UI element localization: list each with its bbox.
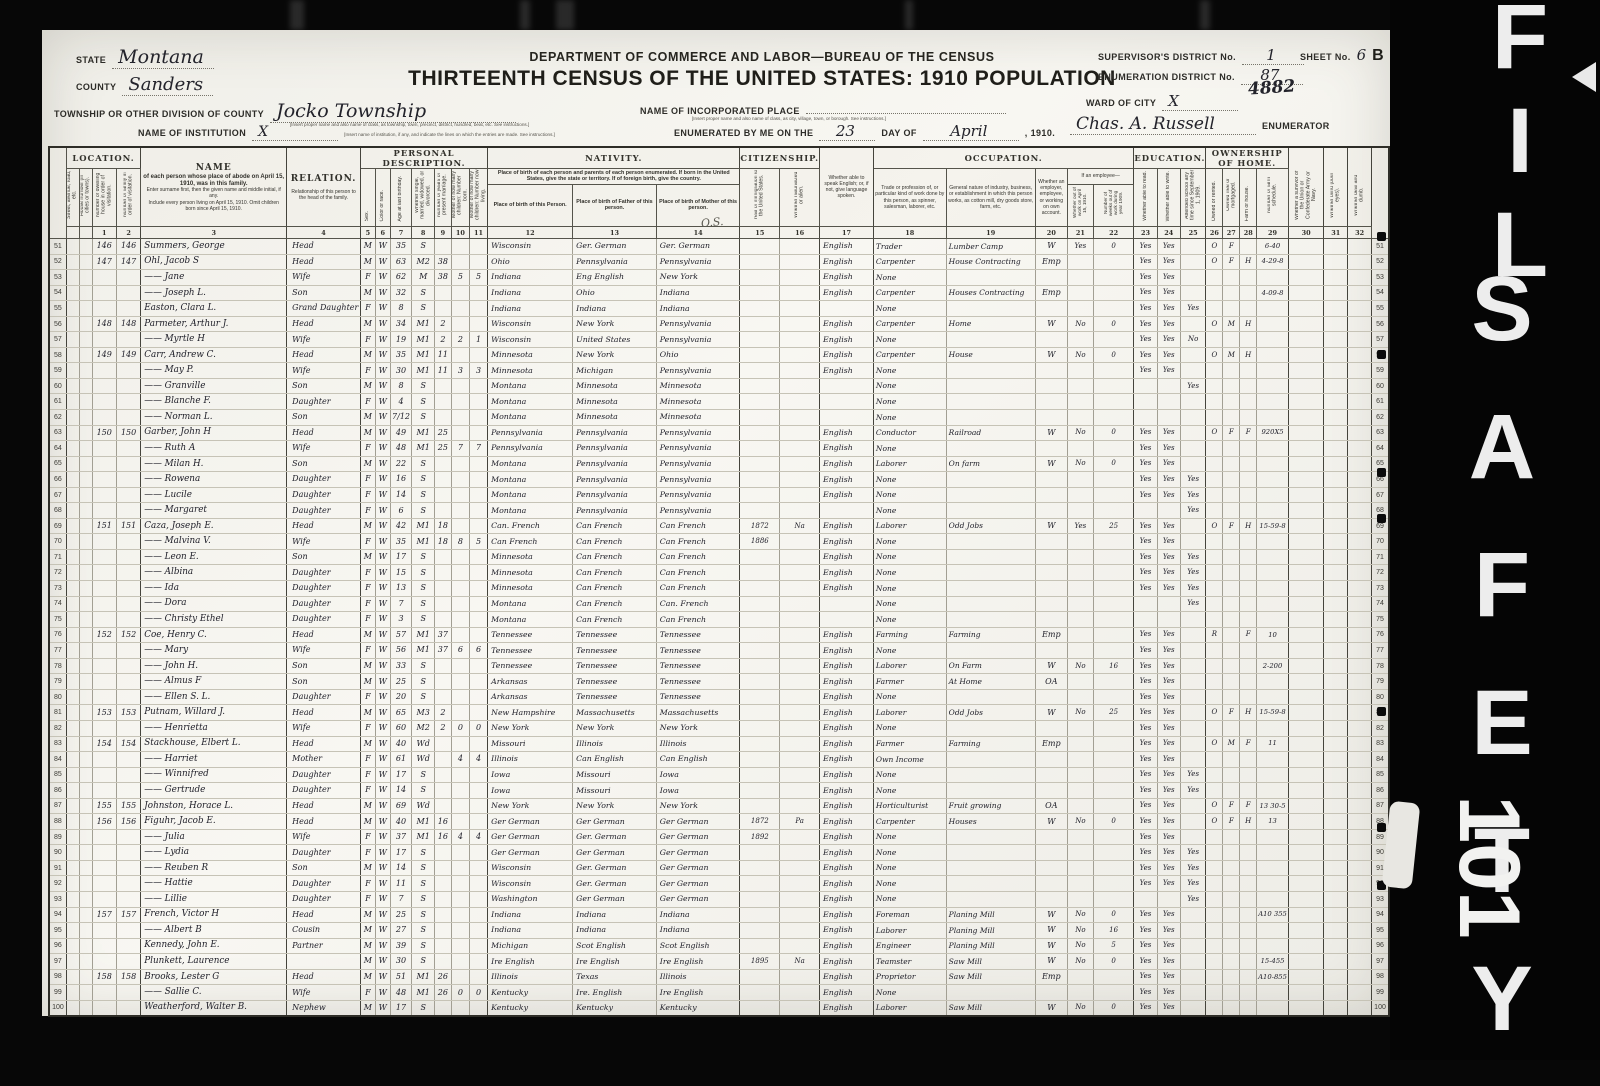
cell-school: Yes [1180,301,1206,317]
cell-father-birthplace: Pennsylvania [573,254,657,270]
cell-name: —— Reuben R [141,860,287,876]
cell-house-number [79,254,92,270]
cell-dwelling-number [92,876,116,892]
col-number: 10 [451,227,469,239]
cell-name: —— Milan H. [141,456,287,472]
cell-out-of-work: No [1067,705,1093,721]
cell-house-number [79,705,92,721]
cell-house-number [79,487,92,503]
cell-language: English [820,985,874,1001]
census-row: 82—— HenriettaWifeFW60M2200New YorkNew Y… [49,720,1389,736]
cell-home-owned-rented [1206,394,1223,410]
cell-father-birthplace: Can French [573,596,657,612]
cell-home-owned-rented [1206,907,1223,923]
cell-age: 65 [390,705,412,721]
cell-home-free-mortgaged: F [1223,814,1240,830]
cell-children-born [451,410,469,426]
cell-house-number [79,394,92,410]
cell-industry: Houses Contracting [946,285,1035,301]
cell-immigration-year [740,891,780,907]
cell-age: 27 [390,923,412,939]
cell-color: W [375,985,390,1001]
cell-farm-schedule [1257,829,1289,845]
cell-employer-status: W [1035,923,1067,939]
cell-sex: F [360,565,375,581]
cell-house-number [79,954,92,970]
cell-years-married: 37 [434,643,451,659]
line-number-right: 53 [1372,270,1389,286]
cell-write: Yes [1157,674,1180,690]
cell-father-birthplace: Pennsylvania [573,472,657,488]
cell-dwelling-number [92,503,116,519]
cell-father-birthplace: Tennessee [573,689,657,705]
cell-family-number [116,783,140,799]
line-number-right: 70 [1372,534,1389,550]
cell-marital-status: M1 [412,534,435,550]
cell-school [1180,736,1206,752]
cell-family-number [116,923,140,939]
cell-house-number [79,923,92,939]
cell-out-of-work [1067,270,1093,286]
cell-home-free-mortgaged [1223,472,1240,488]
cell-write: Yes [1157,736,1180,752]
cell-years-married [434,410,451,426]
cell-relation: Grand Daughter [287,301,361,317]
cell-home-owned-rented [1206,891,1223,907]
cell-street [66,394,79,410]
cell-family-number: 153 [116,705,140,721]
cell-industry [946,270,1035,286]
cell-dwelling-number: 148 [92,316,116,332]
cell-farm-or-house [1240,876,1257,892]
cell-father-birthplace: Can English [573,752,657,768]
cell-farm-schedule: 15-59-8 [1257,518,1289,534]
group-name: NAMEof each person whose place of abode … [141,147,287,227]
cell-read: Yes [1134,954,1157,970]
cell-children-born [451,503,469,519]
cell-veteran [1288,518,1323,534]
cell-birthplace: Minnesota [488,565,573,581]
cell-relation: Son [287,674,361,690]
cell-industry [946,565,1035,581]
cell-language: English [820,549,874,565]
cell-mother-birthplace: Ger German [656,829,740,845]
cell-birthplace: Indiana [488,923,573,939]
line-col-left [49,147,66,239]
cell-father-birthplace: Can French [573,534,657,550]
cell-children-living [469,254,487,270]
cell-school: Yes [1180,596,1206,612]
cell-write: Yes [1157,954,1180,970]
cell-read: Yes [1134,518,1157,534]
cell-house-number [79,596,92,612]
cell-farm-or-house: F [1240,627,1257,643]
cell-father-birthplace: New York [573,720,657,736]
cell-home-owned-rented [1206,612,1223,628]
cell-birthplace: Can. French [488,518,573,534]
cell-mother-birthplace: Ger German [656,814,740,830]
cell-color: W [375,472,390,488]
cell-name: Stackhouse, Elbert L. [141,736,287,752]
cell-family-number [116,332,140,348]
cell-weeks-out [1093,891,1134,907]
cell-veteran [1288,643,1323,659]
cell-family-number: 146 [116,239,140,255]
cell-name: Weatherford, Walter B. [141,1000,287,1016]
cell-mother-birthplace: Ger German [656,845,740,861]
cell-blind [1324,410,1348,426]
cell-mother-birthplace: Tennessee [656,674,740,690]
cell-blind [1324,736,1348,752]
cell-mother-birthplace: Indiana [656,907,740,923]
scan-streak [905,0,913,30]
cell-farm-or-house [1240,783,1257,799]
cell-street [66,969,79,985]
cell-relation: Wife [287,270,361,286]
cell-name: —— Norman L. [141,410,287,426]
cell-sex: F [360,596,375,612]
cell-age: 62 [390,270,412,286]
cell-weeks-out [1093,627,1134,643]
cell-street [66,363,79,379]
cell-house-number [79,612,92,628]
cell-house-number [79,969,92,985]
line-number-right: 59 [1372,363,1389,379]
census-row: 60—— GranvilleSonMW8SMontanaMinnesotaMin… [49,378,1389,394]
cell-name: Putnam, Willard J. [141,705,287,721]
cell-read [1134,503,1157,519]
cell-age: 8 [390,301,412,317]
cell-trade: Horticulturist [873,798,946,814]
cell-color: W [375,534,390,550]
cell-blind [1324,705,1348,721]
cell-father-birthplace: Ger. German [573,239,657,255]
cell-school [1180,814,1206,830]
cell-employer-status: W [1035,705,1067,721]
cell-father-birthplace: Can French [573,549,657,565]
cell-industry [946,301,1035,317]
cell-blind [1324,394,1348,410]
cell-write: Yes [1157,923,1180,939]
cell-read: Yes [1134,876,1157,892]
cell-children-born [451,876,469,892]
col-number: 14 [656,227,740,239]
cell-veteran [1288,736,1323,752]
cell-veteran [1288,456,1323,472]
census-row: 64—— Ruth AWifeFW48M12577PennsylvaniaPen… [49,441,1389,457]
cell-children-living: 4 [469,829,487,845]
cell-marital-status: S [412,596,435,612]
cell-years-married [434,783,451,799]
cell-veteran [1288,938,1323,954]
cell-trade: None [873,503,946,519]
cell-children-born [451,581,469,597]
census-row: 75—— Christy EthelDaughterFW3SMontanaCan… [49,612,1389,628]
cell-name: —— Gertrude [141,783,287,799]
cell-immigration-year [740,410,780,426]
cell-relation: Mother [287,752,361,768]
cell-house-number [79,720,92,736]
cell-house-number [79,938,92,954]
line-number: 62 [49,410,66,426]
cell-color: W [375,487,390,503]
cell-school [1180,394,1206,410]
line-number: 67 [49,487,66,503]
cell-deaf [1348,689,1372,705]
cell-children-born: 3 [451,363,469,379]
census-row: 77—— MaryWifeFW56M13766TennesseeTennesse… [49,643,1389,659]
cell-out-of-work [1067,845,1093,861]
cell-language: English [820,720,874,736]
cell-read: Yes [1134,581,1157,597]
cell-farm-schedule: 4-29-8 [1257,254,1289,270]
cell-write: Yes [1157,829,1180,845]
cell-weeks-out [1093,301,1134,317]
cell-write: Yes [1157,254,1180,270]
cell-read: Yes [1134,549,1157,565]
cell-sex: M [360,736,375,752]
cell-weeks-out: 5 [1093,938,1134,954]
cell-farm-schedule [1257,596,1289,612]
cell-home-owned-rented [1206,363,1223,379]
cell-weeks-out [1093,969,1134,985]
cell-naturalization [780,938,820,954]
cell-sex: F [360,767,375,783]
cell-veteran [1288,876,1323,892]
cell-children-born [451,969,469,985]
cell-immigration-year [740,394,780,410]
cell-veteran [1288,285,1323,301]
census-row: 97Plunkett, LaurenceMW30SIre EnglishIre … [49,954,1389,970]
col-header-employer: Whether an employer, employee, or workin… [1035,169,1067,227]
cell-mother-birthplace: Can English [656,752,740,768]
census-row: 92—— HattieDaughterFW11SWisconsinGer. Ge… [49,876,1389,892]
institution-value: X [252,124,338,141]
cell-blind [1324,549,1348,565]
cell-children-living [469,410,487,426]
cell-deaf [1348,425,1372,441]
cell-language: English [820,643,874,659]
cell-write: Yes [1157,627,1180,643]
cell-years-married [434,907,451,923]
cell-name: —— Leon E. [141,549,287,565]
cell-trade: None [873,767,946,783]
cell-age: 60 [390,720,412,736]
cell-home-owned-rented [1206,674,1223,690]
col-header-personal: Mother of how many children: Number born… [451,169,469,227]
cell-out-of-work [1067,612,1093,628]
cell-father-birthplace: New York [573,798,657,814]
cell-industry: On farm [946,456,1035,472]
county-line: COUNTY Sanders [76,74,213,96]
cell-school: Yes [1180,549,1206,565]
cell-children-living [469,394,487,410]
cell-out-of-work [1067,378,1093,394]
cell-street [66,938,79,954]
cell-employer-status: Emp [1035,627,1067,643]
year-suffix: , 1910. [1025,128,1055,138]
cell-blind [1324,860,1348,876]
cell-school: Yes [1180,767,1206,783]
cell-out-of-work: No [1067,923,1093,939]
cell-sex: F [360,487,375,503]
cell-industry: Fruit growing [946,798,1035,814]
cell-sex: F [360,752,375,768]
line-number: 82 [49,720,66,736]
cell-house-number [79,860,92,876]
col-header-nativity: Place of birth of this Person. [488,184,573,226]
cell-birthplace: Wisconsin [488,316,573,332]
cell-years-married: 25 [434,425,451,441]
cell-name: Parmeter, Arthur J. [141,316,287,332]
cell-deaf [1348,736,1372,752]
cell-home-free-mortgaged [1223,503,1240,519]
cell-farm-schedule: 13 30-5 [1257,798,1289,814]
cell-blind [1324,332,1348,348]
cell-naturalization [780,783,820,799]
cell-read: Yes [1134,674,1157,690]
cell-father-birthplace: Texas [573,969,657,985]
cell-marital-status: M1 [412,985,435,1001]
cell-trade: None [873,985,946,1001]
cell-school: Yes [1180,581,1206,597]
cell-street [66,425,79,441]
cell-write: Yes [1157,845,1180,861]
enumerated-month: April [923,122,1019,141]
cell-father-birthplace: Ire. English [573,985,657,1001]
cell-years-married: 2 [434,705,451,721]
cell-school [1180,612,1206,628]
cell-language: English [820,456,874,472]
cell-sex: M [360,938,375,954]
cell-home-owned-rented: O [1206,798,1223,814]
cell-veteran [1288,239,1323,255]
cell-employer-status: Emp [1035,969,1067,985]
cell-weeks-out [1093,565,1134,581]
cell-home-owned-rented [1206,503,1223,519]
enumerator-label: ENUMERATOR [1262,121,1330,131]
cell-language: English [820,907,874,923]
cell-birthplace: Minnesota [488,581,573,597]
cell-children-born: 4 [451,829,469,845]
cell-age: 51 [390,969,412,985]
cell-home-owned-rented: O [1206,425,1223,441]
cell-children-born [451,907,469,923]
cell-write: Yes [1157,441,1180,457]
cell-dwelling-number [92,658,116,674]
cell-mother-birthplace: Can French [656,565,740,581]
cell-father-birthplace: Ger German [573,891,657,907]
cell-father-birthplace: Ger. German [573,860,657,876]
county-value: Sanders [122,74,213,96]
cell-home-free-mortgaged [1223,845,1240,861]
cell-dwelling-number: 156 [92,814,116,830]
census-row: 61—— Blanche F.DaughterFW4SMontanaMinnes… [49,394,1389,410]
cell-blind [1324,239,1348,255]
cell-farm-or-house [1240,378,1257,394]
cell-farm-schedule [1257,441,1289,457]
cell-mother-birthplace: Ger German [656,876,740,892]
cell-relation: Head [287,254,361,270]
group-personal-description: PERSONAL DESCRIPTION. [360,147,487,169]
cell-industry [946,441,1035,457]
cell-marital-status: S [412,860,435,876]
cell-marital-status: S [412,845,435,861]
census-row: 78—— John H.SonMW33STennesseeTennesseeTe… [49,658,1389,674]
cell-immigration-year [740,472,780,488]
group-location: LOCATION. [66,147,140,169]
cell-farm-or-house [1240,472,1257,488]
cell-children-living [469,627,487,643]
cell-relation: Head [287,736,361,752]
cell-years-married: 18 [434,518,451,534]
cell-weeks-out: 0 [1093,347,1134,363]
line-number-right: 86 [1372,783,1389,799]
cell-deaf [1348,332,1372,348]
cell-years-married: 2 [434,316,451,332]
line-number-right: 85 [1372,767,1389,783]
cell-farm-schedule [1257,394,1289,410]
film-frame-number: 101 [1414,782,1564,952]
cell-relation: Head [287,239,361,255]
cell-children-living [469,674,487,690]
cell-dwelling-number [92,441,116,457]
cell-birthplace: Arkansas [488,689,573,705]
line-number-right: 77 [1372,643,1389,659]
cell-veteran [1288,985,1323,1001]
cell-relation: Head [287,425,361,441]
cell-industry [946,332,1035,348]
cell-deaf [1348,627,1372,643]
cell-children-living [469,285,487,301]
cell-marital-status: M1 [412,829,435,845]
cell-blind [1324,487,1348,503]
cell-father-birthplace: United States [573,332,657,348]
cell-father-birthplace: Can French [573,518,657,534]
cell-industry [946,612,1035,628]
cell-family-number [116,643,140,659]
cell-street [66,891,79,907]
cell-relation: Daughter [287,612,361,628]
cell-dwelling-number [92,829,116,845]
cell-marital-status: M1 [412,814,435,830]
cell-dwelling-number [92,301,116,317]
cell-read: Yes [1134,938,1157,954]
cell-weeks-out: 0 [1093,425,1134,441]
cell-name: Easton, Clara L. [141,301,287,317]
cell-family-number [116,596,140,612]
cell-school [1180,689,1206,705]
cell-farm-or-house: F [1240,736,1257,752]
cell-father-birthplace: Missouri [573,783,657,799]
cell-school [1180,798,1206,814]
cell-trade: None [873,860,946,876]
cell-home-free-mortgaged [1223,752,1240,768]
cell-write [1157,596,1180,612]
cell-out-of-work [1067,472,1093,488]
cell-street [66,658,79,674]
cell-trade: None [873,643,946,659]
cell-birthplace: Tennessee [488,658,573,674]
cell-relation: Daughter [287,565,361,581]
cell-color: W [375,518,390,534]
cell-name: Kennedy, John E. [141,938,287,954]
cell-age: 35 [390,239,412,255]
cell-employer-status: W [1035,938,1067,954]
cell-language: English [820,1000,874,1016]
cell-naturalization: Na [780,954,820,970]
line-number-right: 100 [1372,1000,1389,1016]
